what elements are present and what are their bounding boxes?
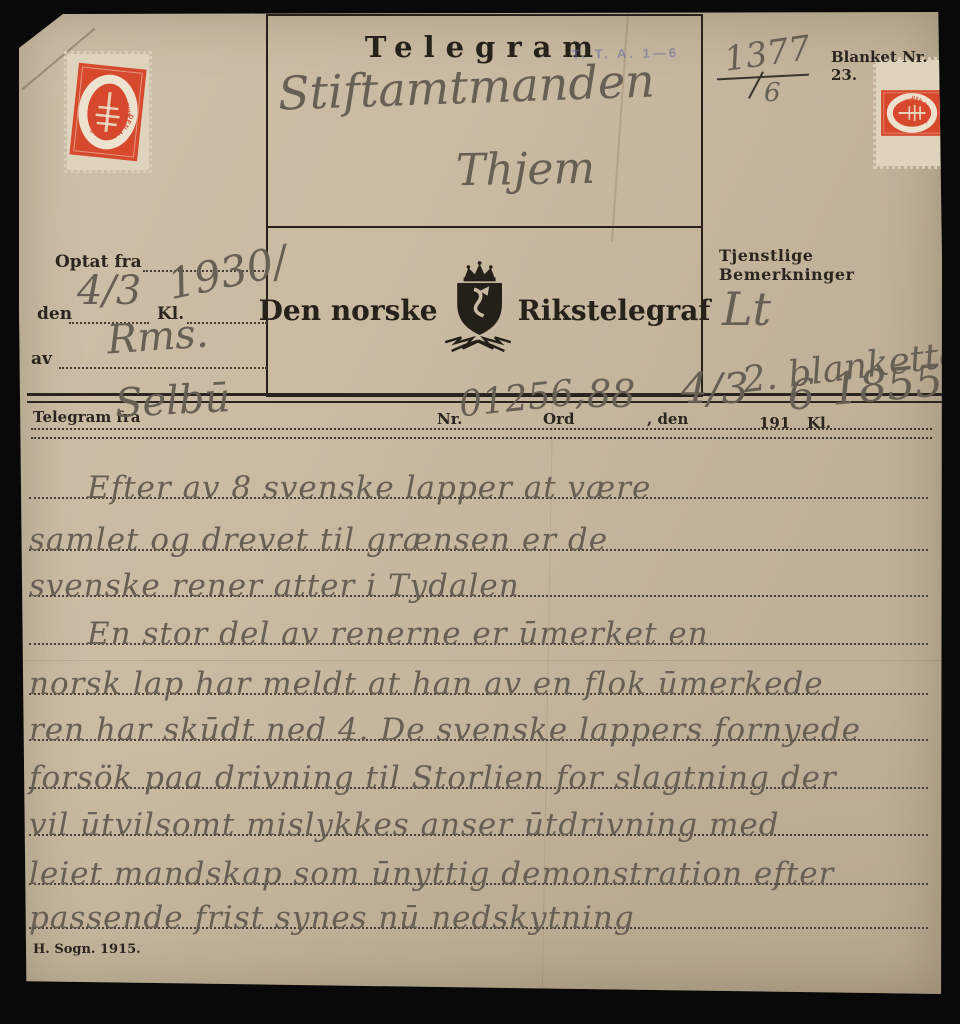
message-text: En stor del av renerne er ūmerket en — [29, 619, 709, 650]
blanket-number: Blanket Nr. 23. — [831, 48, 942, 84]
brand-right-text: Rikstelegraf — [518, 294, 711, 327]
by-line — [59, 367, 267, 369]
message-line: vil ūtvilsomt mislykkes anser ūtdrivning… — [29, 788, 928, 836]
message-line: forsök paa drivning til Storlien for sla… — [29, 741, 928, 789]
telegraph-revenue-stamp-left: DEN NORSKE RIKSTELEGRAF — [67, 54, 149, 170]
service-remarks-heading: Tjenstlige Bemerkninger — [719, 246, 942, 284]
origin-time-value: 1855 — [829, 355, 945, 416]
journal-number-denominator: 6 — [764, 78, 781, 108]
operator-initials-value: Rms. — [106, 311, 210, 364]
word-count-label: Ord — [543, 410, 574, 428]
printer-imprint: H. Sogn. 1915. — [33, 942, 141, 957]
message-line: svenske rener atter i Tydalen — [29, 549, 928, 597]
word-count-value: 88 — [587, 372, 635, 416]
agency-brand-row: Den norske Rikstelegraf — [268, 228, 701, 393]
stamp-seal-icon: DEN NORSKE RIKSTELEGRAF — [67, 56, 149, 169]
telegram-form-sheet: DEN NORSKE RIKSTELEGRAF DEN NORSKE RIKST… — [19, 12, 942, 994]
origin-date-value: 4/3 — [681, 364, 749, 413]
date-label: den — [37, 304, 72, 324]
message-line: samlet og drevet til grænsen er de — [29, 503, 928, 551]
message-line: Efter av 8 svenske lapper at være — [29, 451, 928, 499]
message-text: passende frist synes nū nedskytning — [29, 903, 635, 934]
message-line: norsk lap har meldt at han av en flok ūm… — [29, 647, 928, 695]
number-label: Nr. — [437, 410, 462, 428]
address-and-brand-box: Telegram T. T. A. 1—6 Stiftamtmanden Thj… — [266, 14, 703, 397]
message-line: En stor del av renerne er ūmerket en — [29, 597, 928, 645]
journal-number: 1377 — [722, 28, 813, 80]
message-line: leiet mandskap som ūnyttig demonstration… — [29, 837, 928, 885]
service-remark-note1: Lt — [722, 282, 771, 336]
message-line: passende frist synes nū nedskytning — [29, 881, 928, 929]
addressee-city-line: Thjem — [456, 143, 596, 196]
coat-of-arms-icon — [442, 247, 514, 375]
year-digit-value: 6 — [788, 370, 815, 419]
origin-station-value: Selbū — [114, 375, 231, 427]
message-text: Efter av 8 svenske lapper at være — [29, 473, 651, 504]
brand-left-text: Den norske — [259, 294, 438, 327]
origin-row-rule — [31, 428, 932, 439]
by-label: av — [31, 349, 52, 369]
message-line: ren har skūdt ned 4. De svenske lappers … — [29, 693, 928, 741]
received-date-value: 4/3 — [77, 268, 141, 314]
stamp-seal-icon: DEN NORSKE RIKSTELEGRAF — [876, 89, 948, 137]
